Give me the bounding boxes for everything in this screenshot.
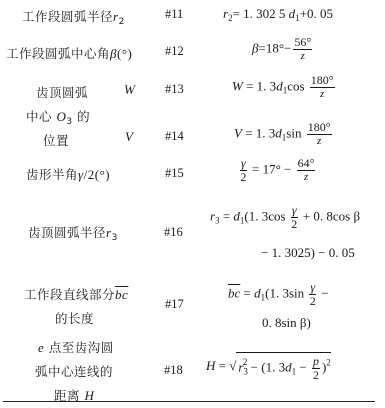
formula-number-16: #16 [164, 225, 183, 240]
formula-15: γ2 = 17° − 64°z [238, 157, 317, 184]
formula-14: V = 1. 3d1sin 180°z [234, 121, 334, 148]
formula-16-line2: − 1. 3025) − 0. 05 [261, 245, 355, 261]
formula-number-12: #12 [165, 44, 184, 59]
formula-13: W = 1. 3d1cos 180°z [232, 74, 337, 101]
formula-17-line1: bc = d1(1. 3sin γ2 − [228, 281, 329, 308]
formula-number-14: #14 [165, 129, 184, 144]
label-gamma: 齿形半角γ/2(°) [26, 165, 110, 183]
formula-number-15: #15 [165, 166, 184, 181]
label-h-line1: e 点至齿沟圆 [38, 338, 114, 356]
label-h-line2: 弧中心连线的 [35, 362, 113, 380]
formula-11: r2= 1. 302 5 d1+0. 05 [223, 6, 333, 23]
label-r2: 工作段圆弧半径r2 [22, 7, 125, 27]
label-r3: 齿顶圆弧半径r3 [28, 223, 118, 243]
var-V: V [125, 129, 133, 145]
label-bc-line1: 工作段直线部分bc [24, 285, 128, 303]
formula-number-17: #17 [165, 297, 184, 312]
formula-17-line2: 0. 8sin β) [262, 315, 311, 331]
label-o3-line2: 中心 O3 的 [26, 107, 90, 127]
label-beta: 工作段圆弧中心角β(°) [6, 44, 132, 62]
var-W: W [124, 82, 135, 98]
formula-number-13: #13 [165, 82, 184, 97]
label-o3-line1: 齿顶圆弧 [36, 83, 88, 101]
formula-number-11: #11 [165, 7, 183, 22]
formula-18: H = √r32 − (1. 3d1 − p2)2 [206, 352, 331, 382]
formula-number-18: #18 [164, 363, 183, 378]
formula-12: β=18°−56°z [252, 36, 314, 63]
label-o3-line3: 位置 [43, 131, 69, 149]
label-bc-line2: 的长度 [55, 309, 94, 327]
table-bottom-rule [3, 401, 375, 402]
formula-16-line1: r3 = d1(1. 3cos γ2 + 0. 8cos β [210, 204, 360, 231]
